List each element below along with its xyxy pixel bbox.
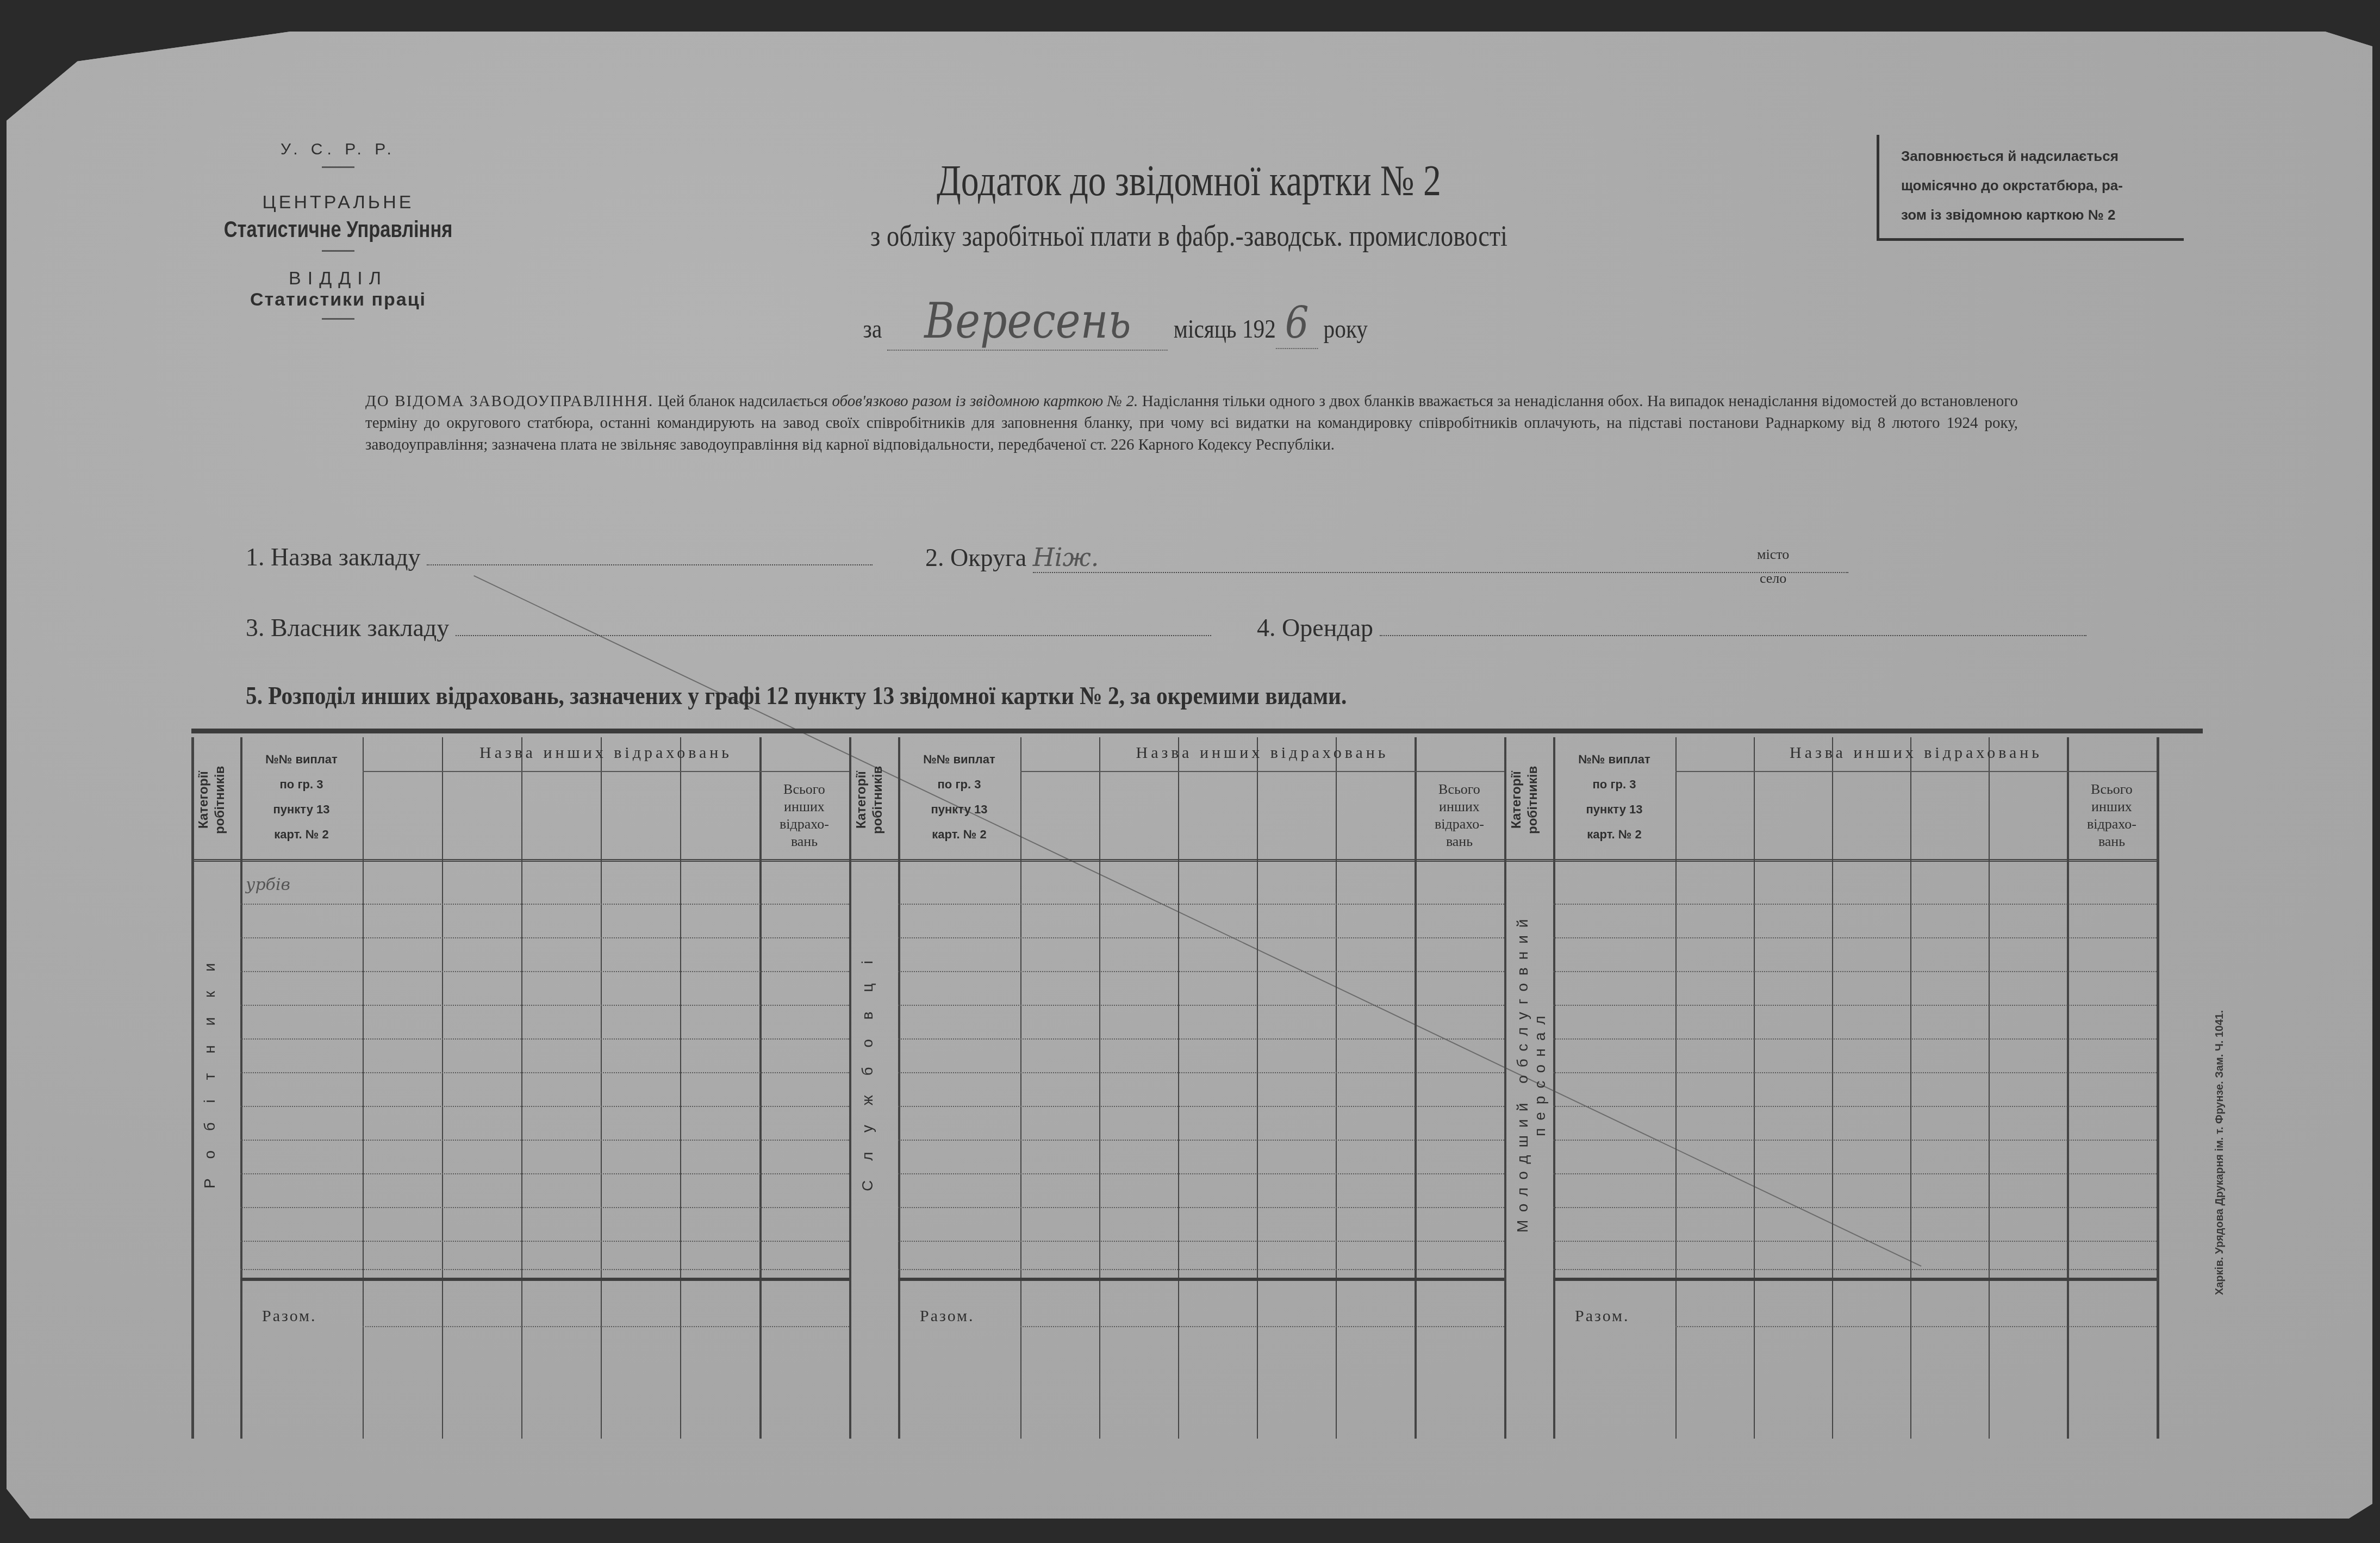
totals-row[interactable]: [1675, 1326, 2157, 1327]
column-rule: [1178, 737, 1179, 1439]
header-line: вань: [759, 833, 849, 850]
table-row[interactable]: [240, 1269, 849, 1270]
field-district: 2. Округа Ніж.: [925, 543, 1848, 573]
district-input[interactable]: Ніж.: [1033, 543, 1848, 573]
notice-emphasis: обов'язково разом із звідомною карткою №…: [832, 393, 1138, 410]
management-notice: ДО ВІДОМА ЗАВОДОУПРАВЛІННЯ. Цей бланок н…: [365, 390, 2018, 456]
table-row[interactable]: [898, 1072, 1504, 1073]
table-row[interactable]: [240, 971, 849, 972]
column-rule: [1099, 737, 1100, 1439]
field-label: 4. Орендар: [1257, 614, 1373, 642]
period-middle: місяць 192: [1174, 315, 1276, 344]
table-row[interactable]: [898, 1106, 1504, 1107]
total-header: Всього инших відрахо- вань: [1415, 781, 1504, 850]
table-row[interactable]: [1553, 1173, 2157, 1174]
notice-text-1: Цей бланок надсилається: [658, 393, 828, 410]
column-rule: [1257, 737, 1258, 1439]
institution-name-input[interactable]: [427, 559, 873, 565]
dept-label: ВІДДІЛ: [170, 268, 507, 289]
header-line: по гр. 3: [240, 772, 363, 797]
table-row[interactable]: [1553, 1038, 2157, 1040]
column-rule: [363, 737, 364, 1439]
column-rule: [1675, 737, 1677, 1439]
deduction-names-header: Назва инших відраховань: [1020, 744, 1504, 762]
deduction-names-header: Назва инших відраховань: [1675, 744, 2157, 762]
table-row[interactable]: [898, 904, 1504, 905]
table-row[interactable]: [240, 1072, 849, 1073]
table-row[interactable]: [1553, 971, 2157, 972]
category-label: С л у ж б о в ц і: [859, 881, 889, 1264]
header-line: инших: [2067, 798, 2157, 816]
totals-row-label: Разом.: [262, 1307, 317, 1326]
town-option: місто: [1757, 543, 1789, 567]
column-rule: [1754, 737, 1755, 1439]
owner-input[interactable]: [456, 630, 1211, 636]
field-institution-name: 1. Назва закладу: [246, 543, 873, 571]
header-rule: [1020, 771, 1504, 772]
table-row[interactable]: [898, 1173, 1504, 1174]
table-row[interactable]: [240, 1140, 849, 1141]
header-bottom-rule: [1504, 859, 2157, 862]
table-row[interactable]: [898, 971, 1504, 972]
header-line: по гр. 3: [898, 772, 1020, 797]
table-row[interactable]: [898, 1140, 1504, 1141]
note-line: Заповнюється й надсилається: [1901, 141, 2184, 171]
form-title: Додаток до звідомної картки № 2: [755, 157, 1624, 206]
header-bottom-rule: [191, 859, 849, 862]
printer-imprint: Харків. Урядова Друкарня ім. т. Фрунзе. …: [2214, 1010, 2226, 1295]
payments-no-header: №№ виплат по гр. 3 пункту 13 карт. № 2: [1553, 747, 1675, 847]
header-line: карт. № 2: [1553, 822, 1675, 847]
header-line: відрахо-: [759, 816, 849, 833]
field-label: 2. Округа: [925, 544, 1026, 571]
header-line: карт. № 2: [240, 822, 363, 847]
totals-row[interactable]: [363, 1326, 849, 1327]
table-row[interactable]: [1553, 904, 2157, 905]
header-line: Всього: [1415, 781, 1504, 798]
table-row[interactable]: [1553, 1005, 2157, 1006]
period-suffix: року: [1324, 315, 1368, 344]
total-header: Всього инших відрахо- вань: [759, 781, 849, 850]
column-rule: [191, 737, 194, 1439]
republic-label: У. С. Р. Р.: [170, 140, 507, 159]
org-line-1: ЦЕНТРАЛЬНЕ: [170, 192, 507, 213]
period-line: за Вересень місяць 1926 року: [863, 293, 1368, 351]
column-rule: [2157, 737, 2159, 1439]
deduction-names-header: Назва инших відраховань: [363, 744, 849, 762]
header-line: №№ виплат: [1553, 747, 1675, 772]
table-row[interactable]: [1553, 1241, 2157, 1242]
header-rule: [363, 771, 849, 772]
column-rule: [849, 737, 851, 1439]
field-label: 3. Власник закладу: [246, 614, 449, 642]
table-group-1: Категорії робітників №№ виплат по гр. 3 …: [191, 737, 849, 1439]
lessee-input[interactable]: [1380, 630, 2086, 636]
table-row[interactable]: [240, 937, 849, 938]
header-line: пункту 13: [1553, 797, 1675, 822]
table-row[interactable]: [1553, 1207, 2157, 1208]
header-line: инших: [1415, 798, 1504, 816]
table-row[interactable]: [240, 1207, 849, 1208]
divider: [322, 166, 354, 168]
header-line: карт. № 2: [898, 822, 1020, 847]
header-line: вань: [2067, 833, 2157, 850]
table-row[interactable]: [898, 937, 1504, 938]
column-rule: [1336, 737, 1337, 1439]
month-field[interactable]: Вересень: [888, 293, 1168, 351]
table-row[interactable]: [1553, 1140, 2157, 1141]
column-rule: [1020, 737, 1021, 1439]
column-rule: [1989, 737, 1990, 1439]
header-line: пункту 13: [240, 797, 363, 822]
column-rule: [601, 737, 602, 1439]
year-field[interactable]: 6: [1276, 297, 1318, 349]
header-bottom-rule: [849, 859, 1504, 862]
category-label: Р о б і т н и к и: [201, 881, 232, 1264]
table-row[interactable]: [1553, 937, 2157, 938]
table-row[interactable]: [240, 1038, 849, 1040]
header-line: вань: [1415, 833, 1504, 850]
period-prefix: за: [863, 315, 882, 344]
totals-row-label: Разом.: [920, 1307, 975, 1326]
table-group-3: Категорії робітників №№ виплат по гр. 3 …: [1504, 737, 2157, 1439]
column-rule: [1504, 737, 1506, 1439]
header-line: відрахо-: [2067, 816, 2157, 833]
totals-rule: [1553, 1278, 2157, 1281]
payments-no-header: №№ виплат по гр. 3 пункту 13 карт. № 2: [240, 747, 363, 847]
total-header: Всього инших відрахо- вань: [2067, 781, 2157, 850]
header-line: відрахо-: [1415, 816, 1504, 833]
divider: [322, 250, 354, 252]
org-line-2: Статистичне Управління: [200, 216, 476, 242]
totals-rule: [240, 1278, 849, 1281]
table-row[interactable]: [898, 1241, 1504, 1242]
table-row[interactable]: [898, 1207, 1504, 1208]
table-row[interactable]: [1553, 1269, 2157, 1270]
column-rule: [1832, 737, 1833, 1439]
header-line: Всього: [2067, 781, 2157, 798]
table-row[interactable]: [240, 1005, 849, 1006]
field-owner: 3. Власник закладу: [246, 613, 1211, 642]
totals-row[interactable]: [1020, 1326, 1504, 1327]
payments-no-header: №№ виплат по гр. 3 пункту 13 карт. № 2: [898, 747, 1020, 847]
table-row[interactable]: [240, 1106, 849, 1107]
category-header: Категорії робітників: [853, 748, 892, 851]
submission-note-box: Заповнюється й надсилається щомісячно до…: [1877, 135, 2184, 241]
column-rule: [442, 737, 443, 1439]
header-line: пункту 13: [898, 797, 1020, 822]
category-label: Молодший обслуговний персонал: [1514, 881, 1544, 1264]
note-line: зом із звідомною карткою № 2: [1901, 200, 2184, 229]
header-line: №№ виплат: [898, 747, 1020, 772]
column-rule: [1910, 737, 1911, 1439]
village-option: село: [1757, 567, 1789, 590]
header-line: №№ виплат: [240, 747, 363, 772]
note-line: щомісячно до окрстатбюра, ра-: [1901, 171, 2184, 200]
header-line: Всього: [759, 781, 849, 798]
issuer-header: У. С. Р. Р. ЦЕНТРАЛЬНЕ Статистичне Управ…: [170, 140, 507, 327]
table-group-2: Категорії робітників №№ виплат по гр. 3 …: [849, 737, 1504, 1439]
dept-name: Статистики праці: [170, 289, 507, 310]
field-lessee: 4. Орендар: [1257, 613, 2086, 642]
table-row[interactable]: [240, 1241, 849, 1242]
section-5-heading: 5. Розподіл инших відраховань, зазначени…: [246, 681, 1347, 711]
field-label: 1. Назва закладу: [246, 543, 421, 571]
document-page: У. С. Р. Р. ЦЕНТРАЛЬНЕ Статистичне Управ…: [7, 32, 2372, 1519]
table-row[interactable]: [898, 1038, 1504, 1040]
header-line: по гр. 3: [1553, 772, 1675, 797]
divider: [322, 318, 354, 320]
form-subtitle: з обліку заробітньої плати в фабр.-завод…: [710, 219, 1668, 253]
header-line: инших: [759, 798, 849, 816]
table-row[interactable]: [898, 1269, 1504, 1270]
table-row[interactable]: [240, 904, 849, 905]
totals-row-label: Разом.: [1575, 1307, 1630, 1326]
table-row[interactable]: [1553, 1072, 2157, 1073]
category-header: Категорії робітників: [196, 748, 234, 851]
table-row[interactable]: [1553, 1106, 2157, 1107]
handwritten-note: урбів: [246, 875, 290, 894]
notice-lead: ДО ВІДОМА ЗАВОДОУПРАВЛІННЯ.: [365, 393, 653, 410]
table-row[interactable]: [240, 1173, 849, 1174]
column-rule: [680, 737, 681, 1439]
column-rule: [521, 737, 522, 1439]
header-rule: [1675, 771, 2157, 772]
totals-rule: [898, 1278, 1504, 1281]
table-row[interactable]: [898, 1005, 1504, 1006]
town-village-selector[interactable]: місто село: [1757, 543, 1789, 590]
deductions-table: Категорії робітників №№ виплат по гр. 3 …: [191, 729, 2203, 1446]
table-top-rule: [191, 729, 2203, 733]
category-header: Категорії робітників: [1509, 748, 1547, 851]
